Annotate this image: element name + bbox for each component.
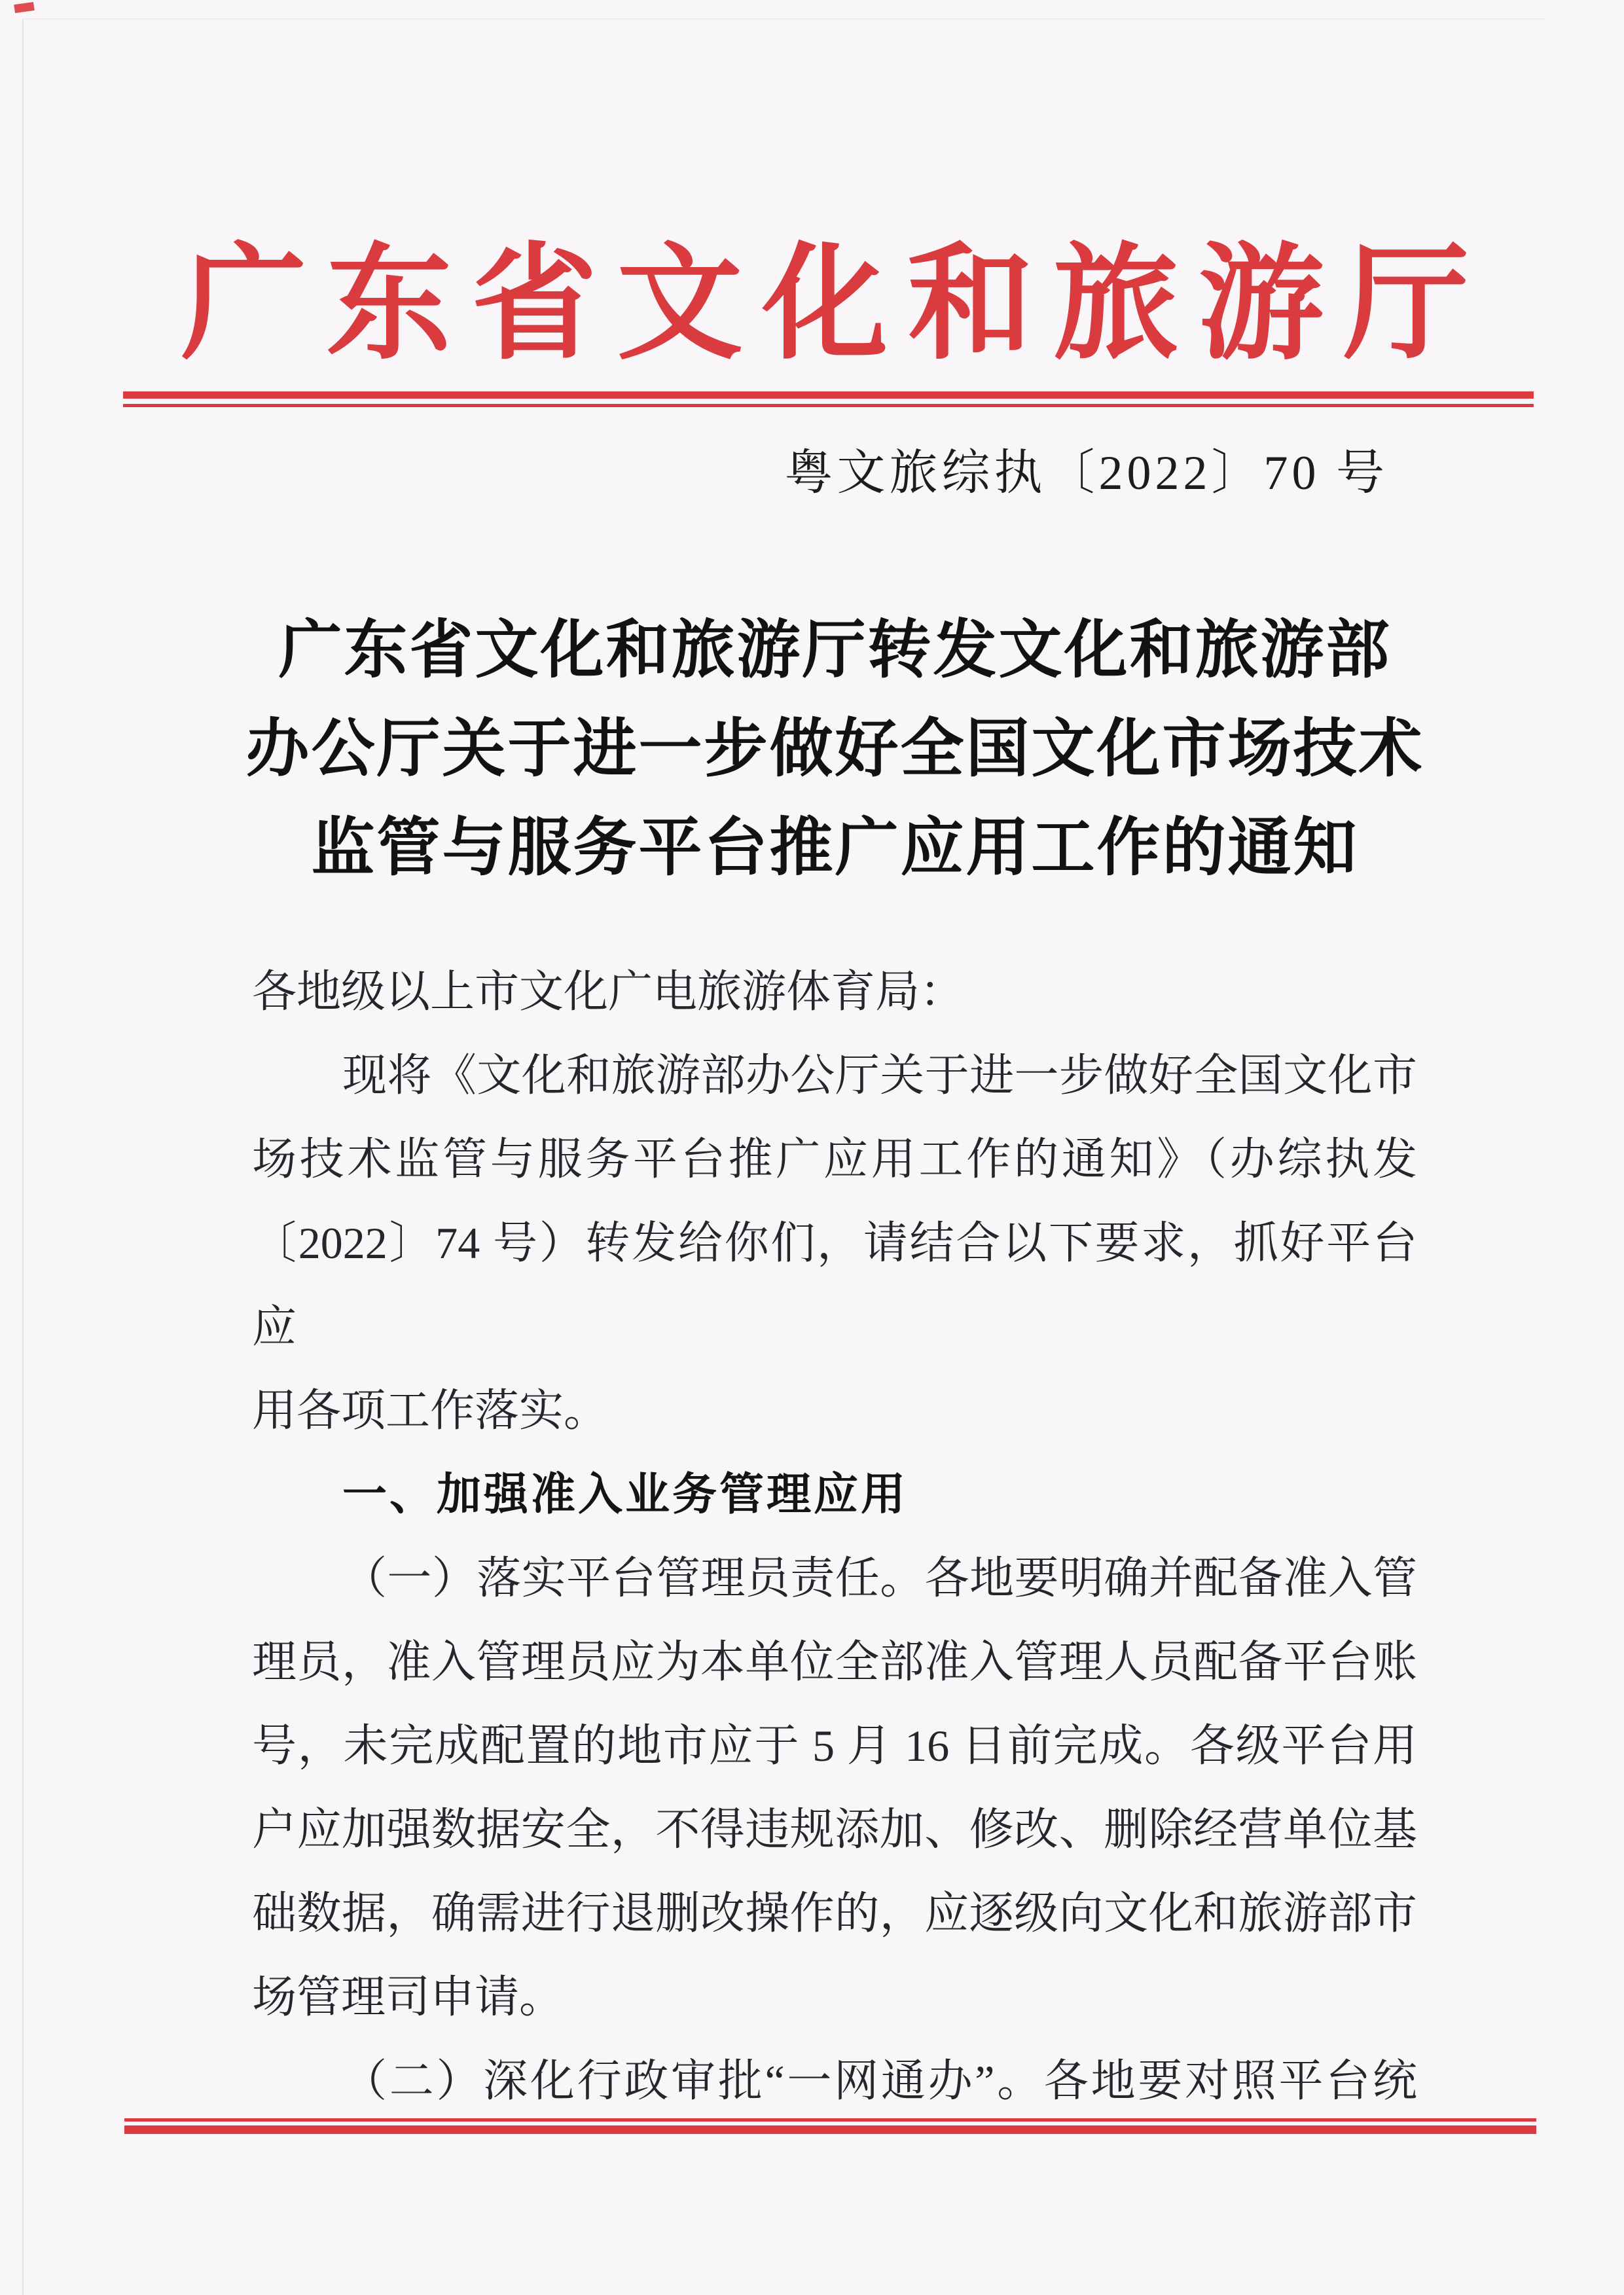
letterhead-agency-name: 广东省文化和旅游厅 [0, 241, 1624, 369]
letterhead-rule-thin [123, 404, 1534, 407]
body-line-4: 用各项工作落实。 [252, 1369, 1417, 1453]
scan-page-edge-top [22, 18, 1545, 20]
document-page: 广东省文化和旅游厅 粤文旅综执〔2022〕70 号 广东省文化和旅游厅转发文化和… [0, 0, 1624, 2295]
document-title-line-2: 办公厅关于进一步做好全国文化市场技术 [46, 700, 1624, 799]
body-line-2: 场技术监管与服务平台推广应用工作的通知》（办综执发 [252, 1117, 1417, 1201]
document-number: 粤文旅综执〔2022〕70 号 [0, 449, 1624, 497]
body-line-6: （一）落实平台管理员责任。各地要明确并配备准入管 [252, 1536, 1417, 1620]
body-line-9: 户应加强数据安全，不得违规添加、修改、删除经营单位基 [252, 1788, 1417, 1871]
scan-corner-red-mark [14, 2, 35, 13]
section-heading-1: 一、加强准入业务管理应用 [252, 1453, 1417, 1536]
body-line-12: （二）深化行政审批“一网通办”。各地要对照平台统 [252, 2039, 1417, 2123]
footer-rule-thin [124, 2118, 1536, 2122]
document-body: 各地级以上市文化广电旅游体育局： 现将《文化和旅游部办公厅关于进一步做好全国文化… [252, 950, 1417, 2123]
document-title-line-3: 监管与服务平台推广应用工作的通知 [46, 799, 1624, 897]
body-line-11: 场管理司申请。 [252, 1955, 1417, 2039]
footer-rule-thick [124, 2125, 1536, 2134]
footer-rules [124, 2118, 1536, 2134]
salutation-line: 各地级以上市文化广电旅游体育局： [252, 950, 1417, 1034]
body-line-3: 〔2022〕74 号）转发给你们，请结合以下要求，抓好平台应 [252, 1201, 1417, 1369]
document-title: 广东省文化和旅游厅转发文化和旅游部 办公厅关于进一步做好全国文化市场技术 监管与… [0, 601, 1624, 897]
body-line-8: 号，未完成配置的地市应于 5 月 16 日前完成。各级平台用 [252, 1704, 1417, 1788]
body-line-1: 现将《文化和旅游部办公厅关于进一步做好全国文化市 [252, 1034, 1417, 1117]
document-title-line-1: 广东省文化和旅游厅转发文化和旅游部 [46, 601, 1624, 700]
body-line-7: 理员，准入管理员应为本单位全部准入管理人员配备平台账 [252, 1620, 1417, 1704]
letterhead-rules [123, 391, 1534, 407]
scan-page-edge-left [22, 18, 24, 2295]
body-line-10: 础数据，确需进行退删改操作的，应逐级向文化和旅游部市 [252, 1871, 1417, 1955]
letterhead-rule-thick [123, 391, 1534, 399]
